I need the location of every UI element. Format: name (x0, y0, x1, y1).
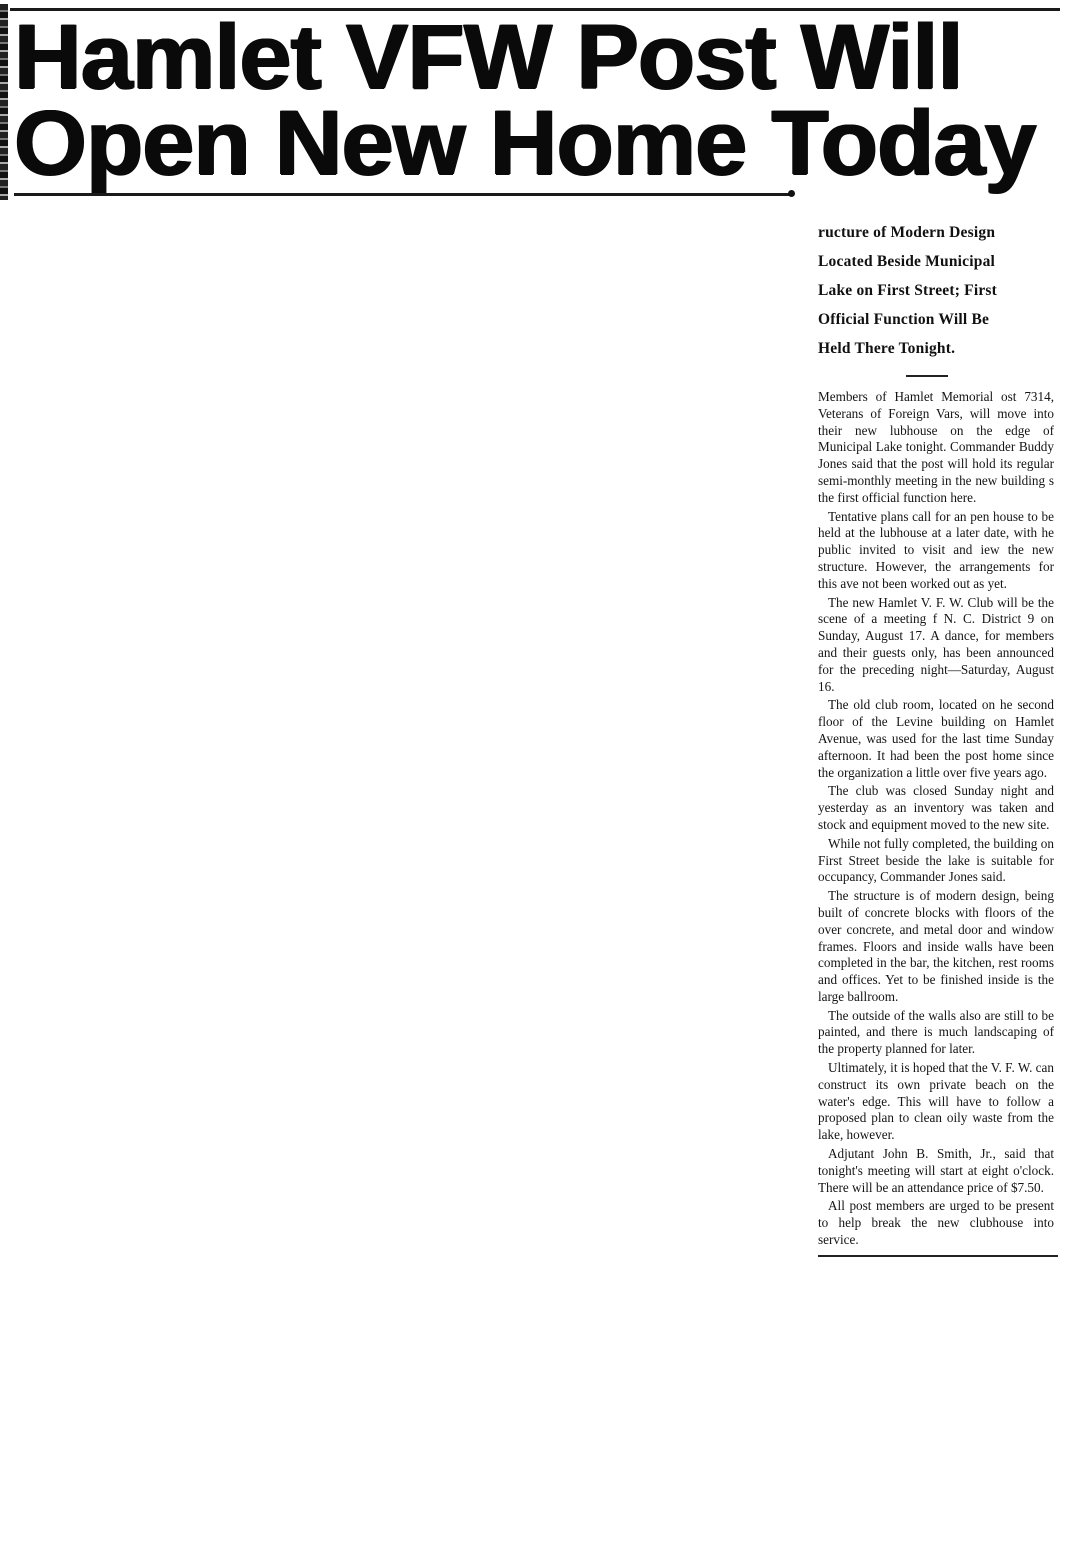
article-body: Members of Hamlet Memorial ost 7314, Vet… (818, 389, 1054, 1249)
article-paragraph: The structure is of modern design, being… (818, 888, 1054, 1006)
subheadline-deck: ructure of Modern Design Located Beside … (818, 218, 1054, 363)
article-paragraph: Ultimately, it is hoped that the V. F. W… (818, 1060, 1054, 1144)
page-edge-strip (0, 4, 8, 200)
deck-line: Official Function Will Be (818, 305, 1054, 334)
deck-line: Located Beside Municipal (818, 247, 1054, 276)
article-paragraph: The new Hamlet V. F. W. Club will be the… (818, 595, 1054, 696)
article-paragraph: Tentative plans call for an pen house to… (818, 509, 1054, 593)
article-paragraph: The outside of the walls also are still … (818, 1008, 1054, 1058)
article-paragraph: Members of Hamlet Memorial ost 7314, Vet… (818, 389, 1054, 507)
deck-line: Lake on First Street; First (818, 276, 1054, 305)
article-paragraph: While not fully completed, the building … (818, 836, 1054, 886)
headline-line-1: Hamlet VFW Post Will (14, 14, 1068, 100)
article-paragraph: The club was closed Sunday night and yes… (818, 783, 1054, 833)
article-end-rule (818, 1255, 1058, 1257)
article-paragraph: All post members are urged to be present… (818, 1198, 1054, 1248)
headline-line-2: Open New Home Today (14, 100, 1068, 186)
article-paragraph: The old club room, located on he second … (818, 697, 1054, 781)
article-paragraph: Adjutant John B. Smith, Jr., said that t… (818, 1146, 1054, 1196)
deck-line: Held There Tonight. (818, 334, 1054, 363)
article-column: ructure of Modern Design Located Beside … (818, 218, 1054, 1257)
rule-ornament (788, 190, 795, 197)
headline-rule (14, 193, 794, 196)
headline: Hamlet VFW Post Will Open New Home Today (14, 14, 1068, 186)
deck-line: ructure of Modern Design (818, 218, 1054, 247)
deck-divider (906, 375, 948, 377)
